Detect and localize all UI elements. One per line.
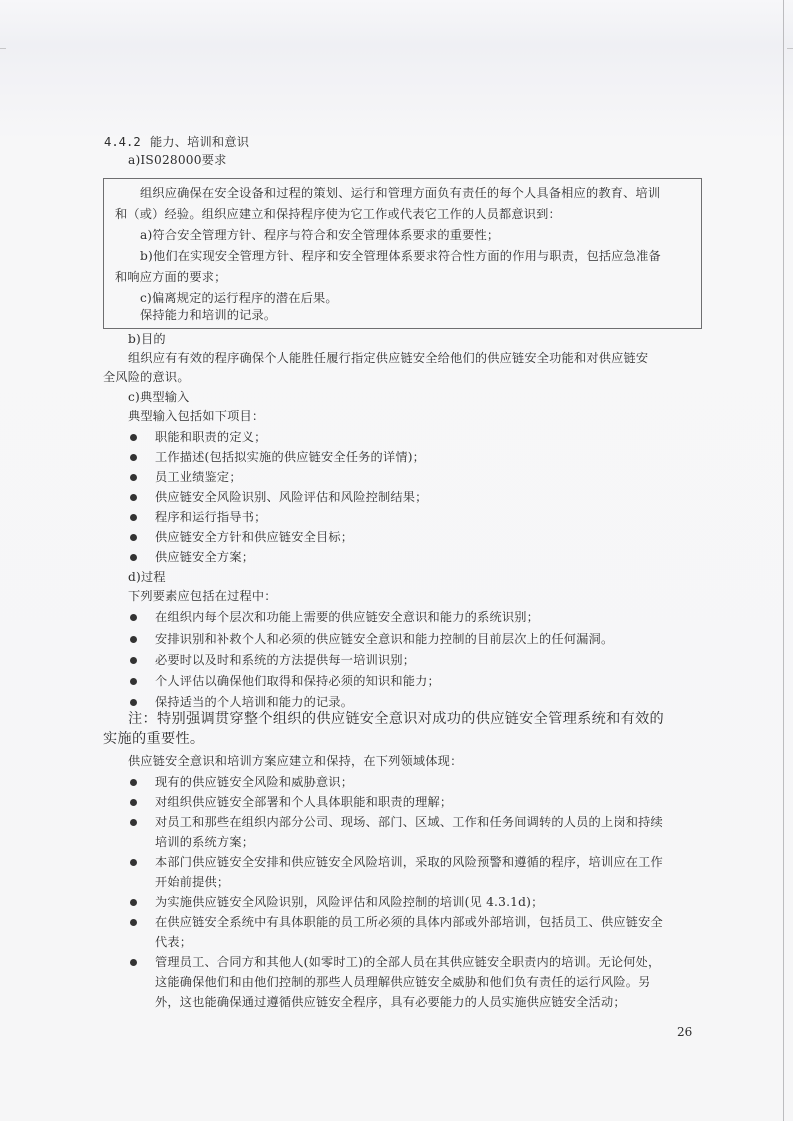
list-item: 安排识别和补救个人和必须的供应链安全意识和能力控制的目前层次上的任何漏洞。 — [155, 631, 613, 647]
list-item-continuation: 外，这也能确保通过遵循供应链安全程序，具有必要能力的人员实施供应链安全活动； — [155, 994, 626, 1010]
bullet-icon — [130, 474, 137, 481]
box-line: 保持能力和培训的记录。 — [140, 307, 276, 323]
list-item: 职能和职责的定义； — [155, 429, 267, 445]
box-line: b)他们在实现安全管理方针、程序和安全管理体系要求符合性方面的作用与职责，包括应… — [140, 248, 661, 264]
bullet-icon — [130, 534, 137, 541]
bullet-icon — [130, 779, 137, 786]
bullet-icon — [130, 819, 137, 826]
bullet-icon — [130, 678, 137, 685]
page-number: 26 — [677, 1025, 692, 1039]
box-line: 和（或）经验。组织应建立和保持程序使为它工作或代表它工作的人员都意识到： — [115, 206, 561, 222]
list-item: 本部门供应链安全安排和供应链安全风险培训，采取的风险预警和遵循的程序，培训应在工… — [155, 854, 663, 870]
box-line: 和响应方面的要求； — [115, 269, 227, 285]
process-heading: d)过程 — [128, 569, 166, 585]
bullet-icon — [130, 699, 137, 706]
list-item: 必要时以及时和系统的方法提供每一培训识别； — [155, 652, 415, 668]
list-item-continuation: 开始前提供； — [155, 874, 229, 890]
section-number: 4.4.2 — [104, 134, 141, 150]
list-item: 供应链安全方针和供应链安全目标； — [155, 529, 353, 545]
list-item: 员工业绩鉴定； — [155, 469, 242, 485]
list-item: 对组织供应链安全部署和个人具体职能和职责的理解； — [155, 794, 452, 810]
list-item-continuation: 这能确保他们和由他们控制的那些人员理解供应链安全威胁和他们负有责任的运行风险。另 — [155, 974, 651, 990]
list-item: 保持适当的个人培训和能力的记录。 — [155, 694, 353, 710]
awareness-intro: 供应链安全意识和培训方案应建立和保持，在下列领域体现： — [128, 753, 462, 769]
bullet-icon — [130, 454, 137, 461]
list-item: 个人评估以确保他们取得和保持必须的知识和能力； — [155, 673, 440, 689]
note-text: 注：特别强调贯穿整个组织的供应链安全意识对成功的供应链安全管理系统和有效的 — [128, 710, 664, 728]
list-item: 为实施供应链安全风险识别，风险评估和风险控制的培训(见 4.3.1d)； — [155, 894, 543, 910]
bullet-icon — [130, 919, 137, 926]
list-item: 供应链安全方案； — [155, 549, 254, 565]
scan-mark-right — [787, 48, 793, 49]
box-line: c)偏离规定的运行程序的潜在后果。 — [140, 290, 338, 306]
box-line: 组织应确保在安全设备和过程的策划、运行和管理方面负有责任的每个人具备相应的教育、… — [140, 185, 660, 201]
bullet-icon — [130, 636, 137, 643]
document-page: 4.4.2 能力、培训和意识 a)IS028000要求 组织应确保在安全设备和过… — [0, 0, 793, 1121]
bullet-icon — [130, 657, 137, 664]
bullet-icon — [130, 614, 137, 621]
list-item: 在组织内每个层次和功能上需要的供应链安全意识和能力的系统识别； — [155, 609, 539, 625]
purpose-text: 组织应有有效的程序确保个人能胜任履行指定供应链安全给他们的供应链安全功能和对供应… — [128, 350, 648, 366]
section-title: 能力、培训和意识 — [150, 134, 249, 150]
bullet-icon — [130, 959, 137, 966]
box-line: a)符合安全管理方针、程序与符合和安全管理体系要求的重要性； — [140, 227, 499, 243]
subsection-a-heading: a)IS028000要求 — [128, 152, 226, 168]
scan-mark-left — [0, 48, 6, 49]
page-edge-line — [783, 0, 784, 1121]
bullet-icon — [130, 434, 137, 441]
bullet-icon — [130, 859, 137, 866]
list-item: 管理员工、合同方和其他人(如零时工)的全部人员在其供应链安全职责内的培训。无论何… — [155, 954, 660, 970]
bullet-icon — [130, 899, 137, 906]
typical-input-heading: c)典型输入 — [128, 389, 190, 405]
note-text: 实施的重要性。 — [103, 730, 204, 748]
bullet-icon — [130, 514, 137, 521]
bullet-icon — [130, 799, 137, 806]
list-item: 供应链安全风险识别、风险评估和风险控制结果； — [155, 489, 428, 505]
list-item-continuation: 代表； — [155, 934, 192, 950]
bullet-icon — [130, 554, 137, 561]
purpose-text: 全风险的意识。 — [103, 369, 190, 385]
process-intro: 下列要素应包括在过程中： — [128, 588, 277, 604]
list-item-continuation: 培训的系统方案； — [155, 834, 254, 850]
list-item: 对员工和那些在组织内部分公司、现场、部门、区域、工作和任务间调转的人员的上岗和持… — [155, 814, 663, 830]
typical-input-intro: 典型输入包括如下项目： — [128, 408, 264, 424]
list-item: 工作描述(包括拟实施的供应链安全任务的详情)； — [155, 449, 425, 465]
list-item: 程序和运行指导书； — [155, 509, 267, 525]
bullet-icon — [130, 494, 137, 501]
purpose-heading: b)目的 — [128, 331, 166, 347]
list-item: 在供应链安全系统中有具体职能的员工所必须的具体内部或外部培训，包括员工、供应链安… — [155, 914, 663, 930]
list-item: 现有的供应链安全风险和威胁意识； — [155, 774, 353, 790]
